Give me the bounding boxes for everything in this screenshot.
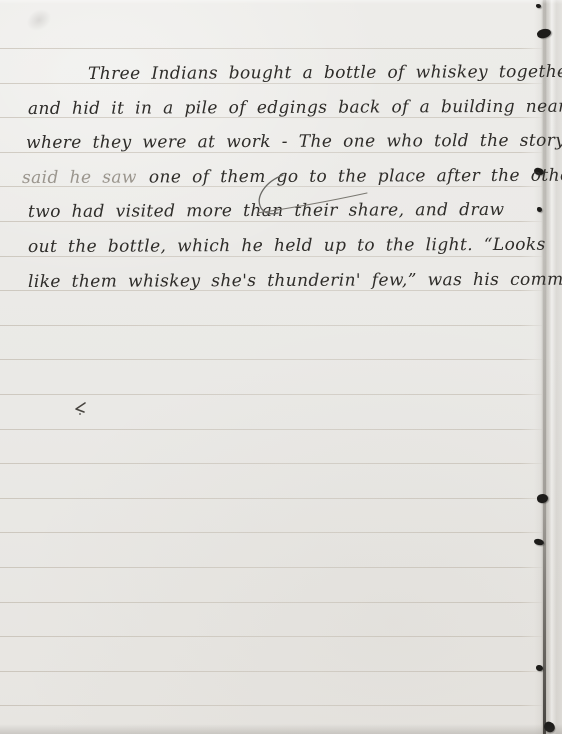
ruled-line bbox=[0, 394, 542, 395]
ruled-line bbox=[0, 48, 542, 49]
handwritten-words: out the bottle, which he held up to the … bbox=[28, 235, 546, 257]
handwritten-words-faded: said he saw bbox=[22, 167, 137, 188]
ruled-line bbox=[0, 359, 542, 360]
ruled-line bbox=[0, 463, 542, 464]
stray-pen-dot bbox=[79, 413, 81, 415]
page-top-edge bbox=[0, 0, 562, 4]
handwritten-line: said he sawone of them go to the place a… bbox=[22, 164, 562, 190]
ruled-line bbox=[0, 325, 542, 326]
stitch-mark bbox=[536, 665, 543, 671]
handwritten-line: like them whiskey she's thunderin' few,”… bbox=[28, 268, 562, 294]
notebook-page: Three Indians bought a bottle of whiskey… bbox=[0, 0, 562, 734]
ruled-line bbox=[0, 602, 542, 603]
handwritten-words: two had visited more than their share, a… bbox=[28, 200, 505, 222]
ruled-line bbox=[0, 498, 542, 499]
stitch-mark bbox=[537, 207, 542, 212]
handwritten-line: where they were at work - The one who to… bbox=[26, 129, 562, 155]
handwritten-line: two had visited more than their share, a… bbox=[28, 198, 505, 224]
handwritten-words: where they were at work - The one who to… bbox=[26, 131, 562, 153]
handwritten-line: and hid it in a pile of edgings back of … bbox=[28, 95, 562, 121]
ruled-line bbox=[0, 532, 542, 533]
ruled-line bbox=[0, 671, 542, 672]
handwritten-line: out the bottle, which he held up to the … bbox=[28, 233, 546, 259]
stitch-mark bbox=[536, 4, 541, 8]
page-bottom-edge bbox=[0, 724, 562, 734]
handwritten-words: Three Indians bought a bottle of whiskey… bbox=[88, 62, 562, 84]
ruled-line bbox=[0, 429, 542, 430]
ruled-line bbox=[0, 636, 542, 637]
handwritten-line: Three Indians bought a bottle of whiskey… bbox=[88, 60, 562, 86]
ruled-line bbox=[0, 567, 542, 568]
handwritten-words: and hid it in a pile of edgings back of … bbox=[28, 97, 562, 119]
ink-smudge bbox=[23, 5, 56, 36]
handwritten-words: one of them go to the place after the ot… bbox=[149, 166, 562, 188]
stray-pen-mark bbox=[76, 403, 85, 412]
handwritten-words: like them whiskey she's thunderin' few,”… bbox=[28, 270, 562, 292]
ruled-line bbox=[0, 705, 542, 706]
